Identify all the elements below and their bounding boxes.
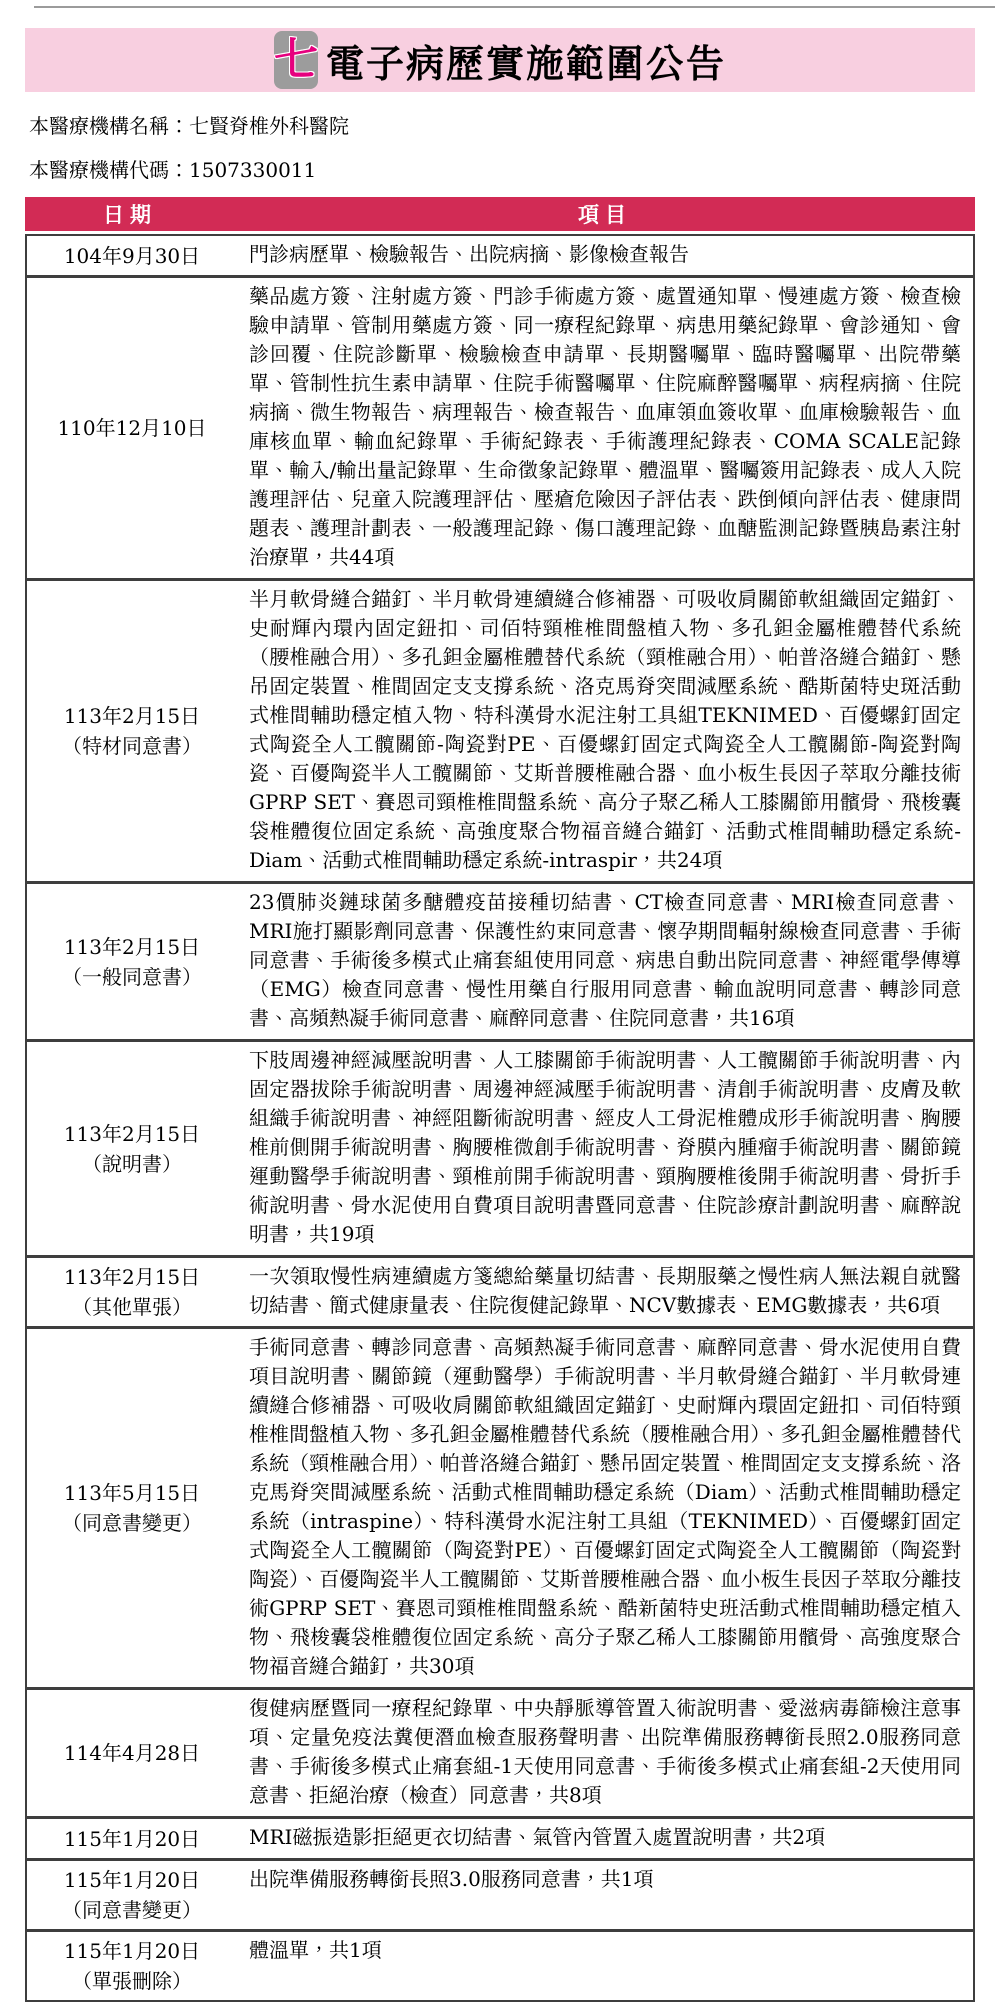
row-items-cell: 藥品處方簽、注射處方簽、門診手術處方簽、處置通知單、慢連處方簽、檢查檢驗申請單、… [237, 278, 973, 578]
table-header-row: 日期 項目 [25, 197, 975, 231]
row-items-cell: 下肢周邊神經減壓說明書、人工膝關節手術說明書、人工髖關節手術說明書、內固定器拔除… [237, 1042, 973, 1255]
table-row: 115年1月20日 （同意書變更） 出院準備服務轉銜長照3.0服務同意書，共1項 [27, 1861, 973, 1932]
table-row: 113年2月15日 （一般同意書） 23價肺炎鏈球菌多醣體疫苗接種切結書、CT檢… [27, 884, 973, 1042]
table-row: 115年1月20日 MRI磁振造影拒絕更衣切結書、氣管內管置入處置說明書，共2項 [27, 1819, 973, 1861]
row-date-cell: 113年2月15日 （一般同意書） [27, 884, 237, 1039]
institution-code-label: 本醫療機構代碼： [29, 158, 189, 182]
row-date-cell: 115年1月20日 [27, 1819, 237, 1858]
row-date: 113年2月15日 [64, 1262, 200, 1292]
institution-code-value: 1507330011 [189, 158, 316, 182]
top-rule [34, 6, 995, 8]
hospital-logo-icon: 七 [274, 31, 318, 89]
row-date-note: （單張刪除） [72, 1966, 192, 1996]
table-row: 115年1月20日 （單張刪除） 體溫單，共1項 [27, 1932, 973, 2000]
row-date-note: （同意書變更） [62, 1508, 202, 1538]
row-date-note: （其他單張） [72, 1292, 192, 1322]
column-header-date: 日期 [25, 199, 235, 229]
row-date-note: （特材同意書） [62, 731, 202, 761]
title-banner: 七 電子病歷實施範圍公告 [25, 28, 975, 92]
page-title: 電子病歷實施範圍公告 [326, 33, 726, 88]
row-date: 113年2月15日 [64, 1119, 200, 1149]
row-date-cell: 113年2月15日 （說明書） [27, 1042, 237, 1255]
column-header-items: 項目 [235, 199, 975, 229]
institution-name-label: 本醫療機構名稱： [29, 114, 189, 138]
table-row: 104年9月30日 門診病歷單、檢驗報告、出院病摘、影像檢查報告 [27, 236, 973, 278]
row-date-cell: 113年5月15日 （同意書變更） [27, 1329, 237, 1687]
institution-name-line: 本醫療機構名稱：七賢脊椎外科醫院 [29, 110, 975, 139]
table-row: 113年2月15日 （其他單張） 一次領取慢性病連續處方箋總給藥量切結書、長期服… [27, 1258, 973, 1329]
row-date: 114年4月28日 [64, 1738, 200, 1768]
announcement-table: 日期 項目 104年9月30日 門診病歷單、檢驗報告、出院病摘、影像檢查報告 1… [25, 197, 975, 2002]
institution-code-line: 本醫療機構代碼：1507330011 [29, 154, 975, 183]
row-date: 115年1月20日 [64, 1936, 200, 1966]
row-items-cell: 半月軟骨縫合錨釘、半月軟骨連續縫合修補器、可吸收肩關節軟組織固定錨釘、史耐輝內環… [237, 581, 973, 881]
row-date-cell: 113年2月15日 （特材同意書） [27, 581, 237, 881]
table-row: 113年5月15日 （同意書變更） 手術同意書、轉診同意書、高頻熱凝手術同意書、… [27, 1329, 973, 1690]
row-date-note: （同意書變更） [62, 1895, 202, 1925]
row-date-cell: 113年2月15日 （其他單張） [27, 1258, 237, 1326]
row-items-cell: 一次領取慢性病連續處方箋總給藥量切結書、長期服藥之慢性病人無法親自就醫切結書、簡… [237, 1258, 973, 1326]
row-items-cell: MRI磁振造影拒絕更衣切結書、氣管內管置入處置說明書，共2項 [237, 1819, 973, 1858]
table-row: 114年4月28日 復健病歷暨同一療程紀錄單、中央靜脈導管置入術說明書、愛滋病毒… [27, 1690, 973, 1819]
row-date: 110年12月10日 [57, 413, 206, 443]
row-items-cell: 出院準備服務轉銜長照3.0服務同意書，共1項 [237, 1861, 973, 1929]
row-date: 113年5月15日 [64, 1478, 200, 1508]
row-date: 104年9月30日 [64, 241, 200, 271]
row-items-cell: 體溫單，共1項 [237, 1932, 973, 2000]
row-date: 113年2月15日 [64, 932, 200, 962]
institution-info: 本醫療機構名稱：七賢脊椎外科醫院 本醫療機構代碼：1507330011 [29, 110, 975, 183]
row-date: 113年2月15日 [64, 701, 200, 731]
row-date-note: （一般同意書） [62, 962, 202, 992]
row-date-cell: 115年1月20日 （單張刪除） [27, 1932, 237, 2000]
row-date-note: （說明書） [82, 1149, 182, 1179]
row-date-cell: 114年4月28日 [27, 1690, 237, 1816]
row-items-cell: 23價肺炎鏈球菌多醣體疫苗接種切結書、CT檢查同意書、MRI檢查同意書、MRI施… [237, 884, 973, 1039]
table-body: 104年9月30日 門診病歷單、檢驗報告、出院病摘、影像檢查報告 110年12月… [25, 234, 975, 2002]
row-items-cell: 復健病歷暨同一療程紀錄單、中央靜脈導管置入術說明書、愛滋病毒篩檢注意事項、定量免… [237, 1690, 973, 1816]
institution-name-value: 七賢脊椎外科醫院 [189, 114, 349, 138]
row-date-cell: 110年12月10日 [27, 278, 237, 578]
row-date: 115年1月20日 [64, 1824, 200, 1854]
row-items-cell: 門診病歷單、檢驗報告、出院病摘、影像檢查報告 [237, 236, 973, 275]
table-row: 110年12月10日 藥品處方簽、注射處方簽、門診手術處方簽、處置通知單、慢連處… [27, 278, 973, 581]
row-date-cell: 104年9月30日 [27, 236, 237, 275]
row-date: 115年1月20日 [64, 1865, 200, 1895]
row-date-cell: 115年1月20日 （同意書變更） [27, 1861, 237, 1929]
row-items-cell: 手術同意書、轉診同意書、高頻熱凝手術同意書、麻醉同意書、骨水泥使用自費項目說明書… [237, 1329, 973, 1687]
table-row: 113年2月15日 （說明書） 下肢周邊神經減壓說明書、人工膝關節手術說明書、人… [27, 1042, 973, 1258]
table-row: 113年2月15日 （特材同意書） 半月軟骨縫合錨釘、半月軟骨連續縫合修補器、可… [27, 581, 973, 884]
